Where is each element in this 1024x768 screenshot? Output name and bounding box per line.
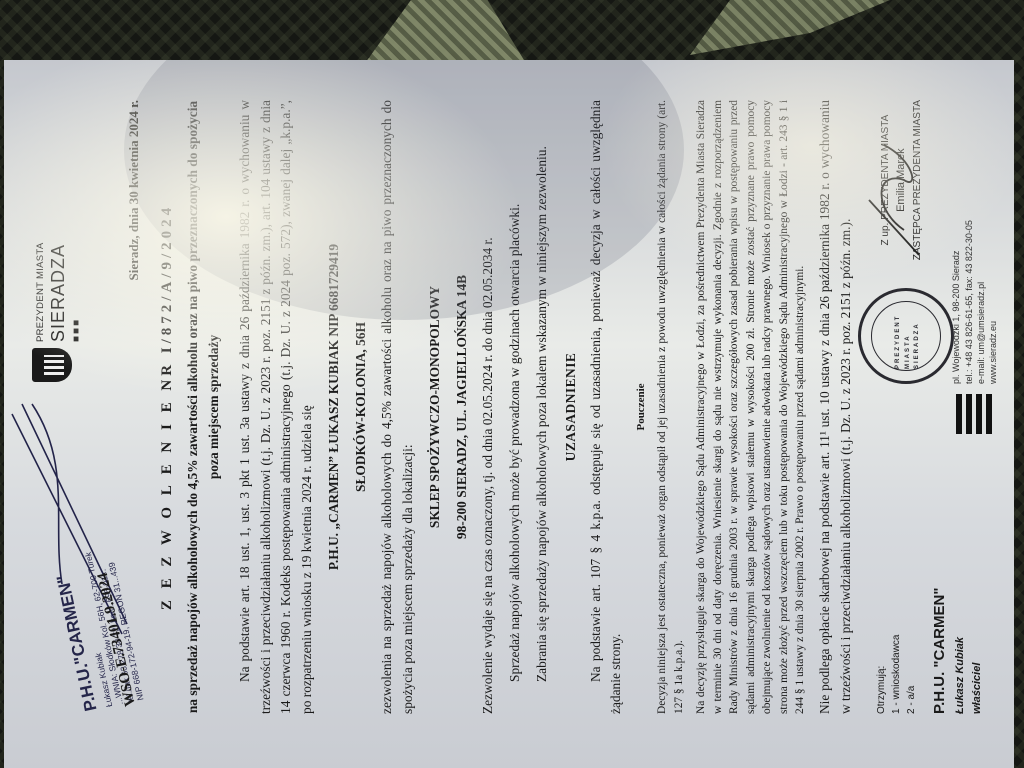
contact-web: www.sieradz.eu [987, 220, 999, 384]
contact-email: e-mail: um@umsieradz.pl [975, 220, 987, 384]
office-header: PREZYDENT MIASTA SIERADZA ■■■ [34, 243, 84, 342]
signatory: Z up. PREZYDENTA MIASTA Emilia Marek ZAS… [878, 100, 925, 260]
instruction-heading: Pouczenie [633, 100, 650, 714]
recipients-label: Otrzymują: [874, 635, 889, 714]
signatory-authority: Z up. PREZYDENTA MIASTA [878, 100, 893, 260]
signatory-name: Emilia Marek [893, 100, 910, 260]
justification-text: Na podstawie art. 107 § 4 k.p.a. odstępu… [586, 100, 628, 714]
office-line2: SIERADZA [49, 243, 69, 342]
office-line1: PREZYDENT MIASTA [34, 243, 49, 342]
validity-period: Zezwolenie wydaje się na czas oznaczony,… [478, 100, 499, 714]
stamp-duty-note: Nie podlega opłacie skarbowej na podstaw… [815, 100, 857, 714]
document-footer: Otrzymują: 1 - wnioskodawca 2 - a/a P.H.… [864, 100, 1014, 714]
permit-document: P.H.U."CARMEN" Łukasz Kubiak ...WNIA: Sł… [4, 60, 1014, 768]
rule-location: Zabrania się sprzedaży napojów alkoholow… [532, 100, 553, 714]
instruction-finality: Decyzja niniejsza jest ostateczna, ponie… [654, 100, 687, 714]
recipients: Otrzymują: 1 - wnioskodawca 2 - a/a [874, 635, 919, 714]
document-title: Z E Z W O L E N I E NR I/872/A/9/2024 [156, 100, 179, 714]
barcode-icon [956, 394, 992, 434]
office-dots: ■■■ [69, 243, 85, 342]
signatory-title: ZASTĘPCA PREZYDENTA MIASTA [910, 100, 925, 260]
permit-scope: zezwolenia na sprzedaż napojów alkoholow… [377, 100, 419, 714]
document-photo: P.H.U."CARMEN" Łukasz Kubiak ...WNIA: Sł… [4, 60, 1014, 768]
recipient-item: 1 - wnioskodawca [889, 635, 904, 714]
justification-heading: UZASADNIENIE [561, 100, 582, 714]
seal-text: PREZYDENT MIASTA SIERADZA [894, 299, 922, 369]
shop-address: 98-200 SIERADZ, UL. JAGIELLOŃSKA 14B [452, 100, 473, 714]
contact-phone: tel.: +48 43 826-61-65, fax: 43 822-30-0… [963, 220, 975, 384]
owner-stamp-name: P.H.U. "CARMEN" [928, 588, 951, 714]
document-subtitle: na sprzedaż napojów alkoholowych do 4,5%… [183, 100, 225, 714]
document-date: Sieradz, dnia 30 kwietnia 2024 r. [124, 100, 144, 280]
office-contact: pl. Wojewódzki 1, 98-200 Sieradz tel.: +… [950, 220, 999, 384]
owner-stamp: P.H.U. "CARMEN" Łukasz Kubiak właściciel [928, 588, 985, 714]
recipient-item: 2 - a/a [904, 635, 919, 714]
owner-stamp-role: właściciel [969, 588, 986, 714]
city-crest-icon [32, 348, 72, 382]
grantee-address: SŁODKÓW-KOLONIA, 56H [351, 100, 372, 714]
instruction-appeal: Na decyzję przysługuje skarga do Wojewód… [693, 100, 809, 714]
rule-hours: Sprzedaż napojów alkoholowych może być p… [505, 100, 526, 714]
owner-stamp-owner: Łukasz Kubiak [952, 588, 969, 714]
legal-basis: Na podstawie art. 18 ust. 1, ust. 3 pkt … [235, 100, 318, 714]
document-header: P.H.U."CARMEN" Łukasz Kubiak ...WNIA: Sł… [32, 100, 142, 714]
contact-address: pl. Wojewódzki 1, 98-200 Sieradz [950, 220, 962, 384]
shop-name: SKLEP SPOŻYWCZO-MONOPOLOWY [425, 100, 446, 714]
grantee-name: P.H.U. „CARMEN” ŁUKASZ KUBIAK NIP 668172… [324, 100, 345, 714]
